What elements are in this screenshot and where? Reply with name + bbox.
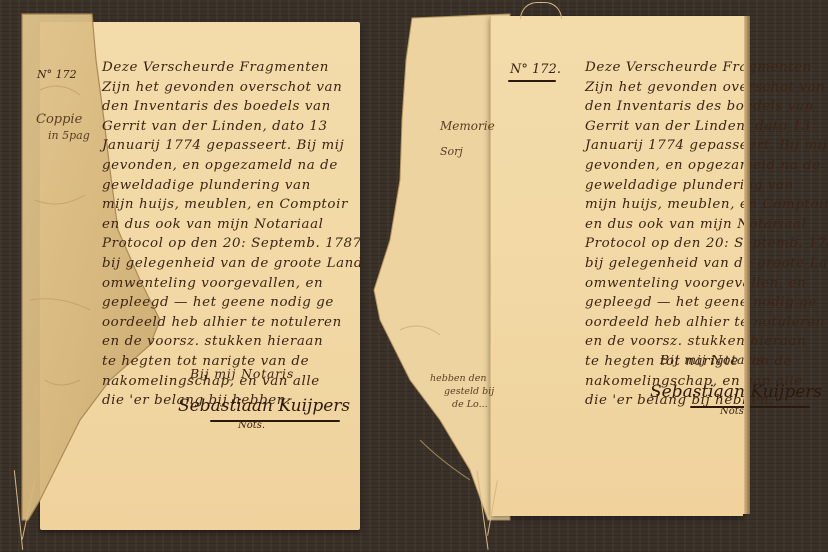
right-signature: Sebastiaan Kuijpers <box>650 382 822 402</box>
cover-number: N° 172 <box>37 68 77 81</box>
left-document-body: Deze Verscheurde Fragmenten Zijn het gev… <box>102 58 363 411</box>
lower-fragment-notes: hebben den gesteld bij de Lo... <box>430 372 494 411</box>
signature-flourish <box>690 406 810 408</box>
document-number-underline <box>508 80 556 82</box>
document-number: N° 172. <box>510 62 561 77</box>
cover-note: Coppie in 5pag <box>36 112 90 144</box>
left-signature-title: Nots. <box>238 420 265 431</box>
left-closing: Bij mij Notaris <box>190 366 294 381</box>
signature-flourish <box>210 420 340 422</box>
right-document: Memorie Sorj hebben den gesteld bij de L… <box>360 0 828 552</box>
margin-notes: Memorie Sorj <box>440 118 495 160</box>
left-signature: Sebastiaan Kuijpers <box>178 396 350 416</box>
left-document: N° 172 Coppie in 5pag Deze Verscheurde F… <box>0 0 380 552</box>
page-stack-edge <box>744 16 750 514</box>
